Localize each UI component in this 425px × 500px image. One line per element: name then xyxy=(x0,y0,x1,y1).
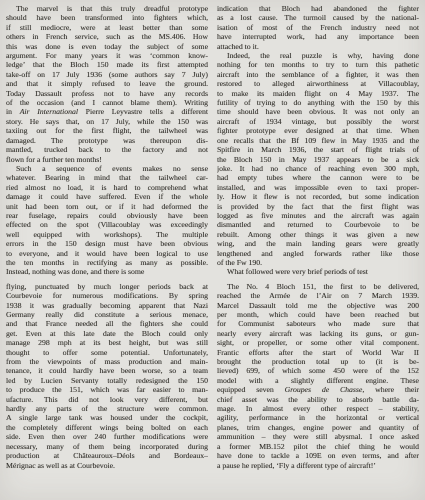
text-segment: futility of trying to do anything with t… xyxy=(217,98,419,107)
text-line: Marcel Dassault told me the objective wa… xyxy=(217,301,419,310)
text-segment: damage it could have suffered. Even if t… xyxy=(6,192,208,201)
text-line: Spitfire in March 1936, the start of fli… xyxy=(217,145,419,154)
text-segment: is provided by the fact that the first f… xyxy=(217,202,419,211)
text-segment: time should have been obvious. It was no… xyxy=(217,107,419,116)
text-line: agility, performance in the horizontal o… xyxy=(217,413,419,422)
text-line: planes, trim changes, engine power and q… xyxy=(217,423,419,432)
text-segment: of the Fw 190. xyxy=(217,258,262,267)
text-line: well equipped with workshops). The multi… xyxy=(6,230,208,239)
text-line: A single large tank was housed under the… xyxy=(6,413,208,422)
text-line: one recalls that the Bf 109 flew in May … xyxy=(217,136,419,145)
text-line: manage 298 mph at its best height, but w… xyxy=(6,338,208,347)
text-segment: hardly any parts of the structure were c… xyxy=(6,404,208,413)
text-segment: taxiing out for the first flight, the ta… xyxy=(6,126,208,135)
text-line: a former MB.152 pilot the chief thing he… xyxy=(217,442,419,451)
italic-text: Air International xyxy=(20,107,78,116)
text-line: Indeed, the real puzzle is why, having d… xyxy=(217,51,419,60)
text-line: and that it simply refused to leave the … xyxy=(6,79,208,88)
text-line: production at Châteauroux–Déols and Bord… xyxy=(6,451,208,460)
text-segment: Courbevoie for numerous modifications. B… xyxy=(6,291,208,300)
text-segment: The marvel is that this truly dreadful p… xyxy=(16,4,208,13)
text-segment: as a lost cause. The turmoil caused by t… xyxy=(217,13,419,22)
text-line: this was done is even today the subject … xyxy=(6,42,208,51)
text-segment: equipped seven xyxy=(217,385,285,394)
text-segment: effected on the spot (Villacoublay was e… xyxy=(6,220,208,229)
text-line: logged as five minutes and the aircraft … xyxy=(217,211,419,220)
text-segment: have interrupted work, had any importanc… xyxy=(217,32,419,41)
text-line: of the Fw 190. xyxy=(217,258,419,267)
text-segment: Germany really did constitute a serious … xyxy=(6,310,208,319)
text-line: have interrupted work, had any importanc… xyxy=(217,32,419,41)
text-segment: mantled, trucked back to the factory and… xyxy=(6,145,208,154)
text-line: thought to offer some potential. Unfortu… xyxy=(6,348,208,357)
text-line: from the viewpoints of mass production a… xyxy=(6,357,208,366)
text-segment: per month, which could have been reached… xyxy=(217,310,419,319)
text-line: ledge’ that the Bloch 150 made its first… xyxy=(6,60,208,69)
text-segment: logged as five minutes and the aircraft … xyxy=(217,211,419,220)
text-line: per month, which could have been reached… xyxy=(217,310,419,319)
text-segment: to make its maiden flight on 4 May 1937.… xyxy=(217,89,419,98)
text-segment: planes, trim changes, engine power and q… xyxy=(217,423,419,432)
text-segment: ufacture. This did not look very differe… xyxy=(6,395,208,404)
text-line: restored to alleged airworthiness at Vil… xyxy=(217,79,419,88)
text-line: The No. 4 Bloch 151, the first to be del… xyxy=(217,282,419,291)
text-line: story. He says that, on 17 July, while t… xyxy=(6,117,208,126)
text-line: lengthened and angled forwards rather li… xyxy=(217,249,419,258)
text-segment: the Bloch 150 in May 1937 appears to be … xyxy=(217,155,419,164)
text-segment: brought the production total up to (it i… xyxy=(217,357,419,366)
text-segment: joke. It had no chance of reaching even … xyxy=(217,164,419,173)
text-line: brought the production total up to (it i… xyxy=(217,357,419,366)
text-line: indication that Bloch had abandoned the … xyxy=(217,4,419,13)
text-line: damaged. The prototype was thereupon dis… xyxy=(6,136,208,145)
text-line: reached the Armée de l’Air on 7 March 19… xyxy=(217,291,419,300)
paragraph: Indeed, the real puzzle is why, having d… xyxy=(217,51,419,267)
text-line: flown for a further ten months! xyxy=(6,155,208,164)
text-segment: thought to offer some potential. Unfortu… xyxy=(6,348,208,357)
text-line: flying, punctuated by much longer period… xyxy=(6,282,208,291)
text-segment: Marcel Dassault told me the objective wa… xyxy=(217,301,419,310)
text-segment: nearly every aircraft was lacking its gu… xyxy=(217,329,419,338)
text-segment: agility, performance in the horizontal o… xyxy=(217,413,419,422)
text-segment: led by Lucien Servanty totally redesigne… xyxy=(6,376,208,385)
text-segment: wing, and the main landing gears were gr… xyxy=(217,239,419,248)
text-segment: whatever. Bearing in mind that the tailw… xyxy=(6,173,208,182)
text-segment: restored to alleged airworthiness at Vil… xyxy=(217,79,419,88)
text-segment: fighter prototype ever designed at that … xyxy=(217,126,419,135)
text-segment: from the viewpoints of mass production a… xyxy=(6,357,208,366)
text-line: a pause he replied, ‘Fly a different typ… xyxy=(217,461,419,470)
text-line: should have been transformed into fighte… xyxy=(6,13,208,22)
text-segment: the completely different wings being bol… xyxy=(6,423,208,432)
text-segment: Instead, nothing was done, and there is … xyxy=(6,267,144,276)
text-line: the completely different wings being bol… xyxy=(6,423,208,432)
document-page: The marvel is that this truly dreadful p… xyxy=(0,0,425,500)
text-line: Frantic efforts after the start of World… xyxy=(217,348,419,357)
text-segment: Pierre Leyvastre tells a different xyxy=(78,107,208,116)
text-line: had empty tubes where the cannon were to… xyxy=(217,173,419,182)
text-segment: production at Châteauroux–Déols and Bord… xyxy=(6,451,208,460)
text-segment: sight, or propeller, or some other vital… xyxy=(217,338,419,347)
text-line: dismantled and returned to Courbevoie to… xyxy=(217,220,419,229)
text-line: wing, and the main landing gears were gr… xyxy=(217,239,419,248)
text-line: and that France needed all the fighters … xyxy=(6,319,208,328)
paragraph: What followed were very brief periods of… xyxy=(217,267,419,276)
text-segment: , where their xyxy=(362,385,419,394)
text-segment: flying, punctuated by much longer period… xyxy=(6,282,208,291)
text-line: effected on the spot (Villacoublay was e… xyxy=(6,220,208,229)
text-segment: indication that Bloch had abandoned the … xyxy=(217,4,419,13)
text-line: unit had been torn out, or if it had def… xyxy=(6,202,208,211)
text-line: taxiing out for the first flight, the ta… xyxy=(6,126,208,135)
text-line: model with a slightly different engine. … xyxy=(217,376,419,385)
text-line: What followed were very brief periods of… xyxy=(217,267,419,276)
text-segment: a former MB.152 pilot the chief thing he… xyxy=(217,442,419,451)
text-segment: a pause he replied, ‘Fly a different typ… xyxy=(217,461,376,470)
text-line: The marvel is that this truly dreadful p… xyxy=(6,4,208,13)
text-line: 1938 it was gradually becoming apparent … xyxy=(6,301,208,310)
text-segment: nothing for ten months to try to turn th… xyxy=(217,60,419,69)
text-segment: should have been transformed into fighte… xyxy=(6,13,208,22)
text-line: as a lost cause. The turmoil caused by t… xyxy=(217,13,419,22)
text-segment: and that it simply refused to leave the … xyxy=(6,79,208,88)
text-segment: ried almost no load, it is hard to compr… xyxy=(6,183,208,192)
text-segment: to everyone, and it would have been logi… xyxy=(6,249,208,258)
paragraph: indication that Bloch had abandoned the … xyxy=(217,4,419,51)
text-line: is provided by the fact that the first f… xyxy=(217,202,419,211)
text-line: of the occasion (and I cannot blame them… xyxy=(6,98,208,107)
text-segment: lieved) 699, of which some 450 were of t… xyxy=(217,366,419,375)
text-line: led by Lucien Servanty totally redesigne… xyxy=(6,376,208,385)
text-line: futility of trying to do anything with t… xyxy=(217,98,419,107)
text-segment: dismantled and returned to Courbevoie to… xyxy=(217,220,419,229)
text-column-left: The marvel is that this truly dreadful p… xyxy=(6,4,208,500)
text-segment: lengthened and angled forwards rather li… xyxy=(217,249,419,258)
text-segment: aircraft of 1934 vintage, but possibly t… xyxy=(217,117,419,126)
text-line: others in French service, such as the MS… xyxy=(6,32,208,41)
text-segment: others in French service, such as the MS… xyxy=(6,32,208,41)
text-segment: rebuilt. Among other things it was given… xyxy=(217,230,419,239)
text-line: argument. For many years it was ‘common … xyxy=(6,51,208,60)
text-segment: The No. 4 Bloch 151, the first to be del… xyxy=(227,282,419,291)
text-segment: Today Dassault profess not to have any r… xyxy=(6,89,208,98)
text-line: if still mediocre, were at least better … xyxy=(6,23,208,32)
text-line: mantled, trucked back to the factory and… xyxy=(6,145,208,154)
text-segment: if still mediocre, were at least better … xyxy=(6,23,208,32)
text-segment: Mérignac as well as at Courbevoie. xyxy=(6,461,115,470)
text-segment: reached the Armée de l’Air on 7 March 19… xyxy=(217,291,419,300)
text-line: the ten months in rectifying as many as … xyxy=(6,258,208,267)
text-segment: take-off on 17 July 1936 (some authors s… xyxy=(6,70,208,79)
text-segment: necessary, many of them being incorporat… xyxy=(6,442,208,451)
text-segment: ammunition – they were still abysmal. I … xyxy=(217,432,419,441)
text-segment: ledge’ that the Bloch 150 made its first… xyxy=(6,60,208,69)
text-segment: well equipped with workshops). The multi… xyxy=(6,230,208,239)
paragraph: The No. 4 Bloch 151, the first to be del… xyxy=(217,282,419,470)
text-line: time should have been obvious. It was no… xyxy=(217,107,419,116)
text-line: whatever. Bearing in mind that the tailw… xyxy=(6,173,208,182)
text-segment: unit had been torn out, or if it had def… xyxy=(6,202,208,211)
text-line: fighter prototype ever designed at that … xyxy=(217,126,419,135)
paragraph: Such a sequence of events makes no sense… xyxy=(6,164,208,277)
text-line: to make its maiden flight on 4 May 1937.… xyxy=(217,89,419,98)
text-line: aircraft of 1934 vintage, but possibly t… xyxy=(217,117,419,126)
text-segment: Indeed, the real puzzle is why, having d… xyxy=(227,51,419,60)
text-segment: Frantic efforts after the start of World… xyxy=(217,348,419,357)
text-line: nothing for ten months to try to turn th… xyxy=(217,60,419,69)
text-segment: errors in the 150 design must have been … xyxy=(6,239,208,248)
text-line: ammunition – they were still abysmal. I … xyxy=(217,432,419,441)
text-segment: have done to tackle a 109E on even terms… xyxy=(217,451,419,460)
text-line: the Bloch 150 in May 1937 appears to be … xyxy=(217,155,419,164)
text-segment: get. Even at this late date the Bloch co… xyxy=(6,329,208,338)
text-segment: side. Even then over 240 further modific… xyxy=(6,432,208,441)
text-segment: to produce the 151, which was far easier… xyxy=(6,385,208,394)
text-segment: and that France needed all the fighters … xyxy=(6,319,208,328)
text-segment: Spitfire in March 1936, the start of fli… xyxy=(217,145,419,154)
text-line: necessary, many of them being incorporat… xyxy=(6,442,208,451)
text-line: Mérignac as well as at Courbevoie. xyxy=(6,461,208,470)
text-line: for Communist saboteurs who made sure th… xyxy=(217,319,419,328)
text-line: hardly any parts of the structure were c… xyxy=(6,404,208,413)
text-segment: rear fuselage, repairs could obviously h… xyxy=(6,211,208,220)
text-line: Today Dassault profess not to have any r… xyxy=(6,89,208,98)
text-line: chief asset was the ability to absorb ba… xyxy=(217,395,419,404)
text-segment: chief asset was the ability to absorb ba… xyxy=(217,395,419,404)
paragraph: flying, punctuated by much longer period… xyxy=(6,282,208,470)
text-segment: What followed were very brief periods of… xyxy=(227,267,368,276)
text-segment: of the occasion (and I cannot blame them… xyxy=(6,98,208,107)
text-line: nearly every aircraft was lacking its gu… xyxy=(217,329,419,338)
text-segment: attached to it. xyxy=(217,42,259,51)
text-segment: isation of most of the French industry n… xyxy=(217,23,419,32)
text-segment: the ten months in rectifying as many as … xyxy=(6,258,208,267)
text-line: have done to tackle a 109E on even terms… xyxy=(217,451,419,460)
text-segment: flown for a further ten months! xyxy=(6,155,102,164)
text-segment: ly. How it flew is not recorded, but som… xyxy=(217,192,419,201)
text-line: Instead, nothing was done, and there is … xyxy=(6,267,208,276)
text-line: take-off on 17 July 1936 (some authors s… xyxy=(6,70,208,79)
text-line: damage it could have suffered. Even if t… xyxy=(6,192,208,201)
text-line: Such a sequence of events makes no sense xyxy=(6,164,208,173)
text-line: errors in the 150 design must have been … xyxy=(6,239,208,248)
text-line: installed, and was impossible even to ta… xyxy=(217,183,419,192)
text-segment: in xyxy=(6,107,20,116)
text-segment: installed, and was impossible even to ta… xyxy=(217,183,419,192)
text-line: ly. How it flew is not recorded, but som… xyxy=(217,192,419,201)
text-line: sight, or propeller, or some other vital… xyxy=(217,338,419,347)
italic-text: Groupes de Chasse xyxy=(285,385,363,394)
text-segment: had empty tubes where the cannon were to… xyxy=(217,173,419,182)
text-line: get. Even at this late date the Bloch co… xyxy=(6,329,208,338)
text-line: attached to it. xyxy=(217,42,419,51)
text-segment: argument. For many years it was ‘common … xyxy=(6,51,208,60)
text-line: tenance, it could hardly have been worse… xyxy=(6,366,208,375)
text-segment: one recalls that the Bf 109 flew in May … xyxy=(217,136,419,145)
text-line: in Air International Pierre Leyvastre te… xyxy=(6,107,208,116)
paragraph: The marvel is that this truly dreadful p… xyxy=(6,4,208,164)
text-line: Courbevoie for numerous modifications. B… xyxy=(6,291,208,300)
text-segment: mage. In almost every other respect – st… xyxy=(217,404,419,413)
text-line: ried almost no load, it is hard to compr… xyxy=(6,183,208,192)
text-line: lieved) 699, of which some 450 were of t… xyxy=(217,366,419,375)
text-line: rebuilt. Among other things it was given… xyxy=(217,230,419,239)
text-line: equipped seven Groupes de Chasse, where … xyxy=(217,385,419,394)
text-segment: model with a slightly different engine. … xyxy=(217,376,419,385)
text-column-right: indication that Bloch had abandoned the … xyxy=(217,4,419,500)
text-line: ufacture. This did not look very differe… xyxy=(6,395,208,404)
text-segment: damaged. The prototype was thereupon dis… xyxy=(6,136,208,145)
text-line: Germany really did constitute a serious … xyxy=(6,310,208,319)
text-segment: for Communist saboteurs who made sure th… xyxy=(217,319,419,328)
text-line: mage. In almost every other respect – st… xyxy=(217,404,419,413)
text-line: to produce the 151, which was far easier… xyxy=(6,385,208,394)
text-line: to everyone, and it would have been logi… xyxy=(6,249,208,258)
text-line: side. Even then over 240 further modific… xyxy=(6,432,208,441)
text-segment: 1938 it was gradually becoming apparent … xyxy=(6,301,208,310)
text-segment: Such a sequence of events makes no sense xyxy=(16,164,208,173)
text-segment: story. He says that, on 17 July, while t… xyxy=(6,117,208,126)
text-line: isation of most of the French industry n… xyxy=(217,23,419,32)
text-segment: manage 298 mph at its best height, but w… xyxy=(6,338,208,347)
text-line: joke. It had no chance of reaching even … xyxy=(217,164,419,173)
text-segment: aircraft into the semblance of a fighter… xyxy=(217,70,419,79)
text-segment: A single large tank was housed under the… xyxy=(6,413,208,422)
text-line: aircraft into the semblance of a fighter… xyxy=(217,70,419,79)
text-line: rear fuselage, repairs could obviously h… xyxy=(6,211,208,220)
text-segment: tenance, it could hardly have been worse… xyxy=(6,366,208,375)
text-segment: this was done is even today the subject … xyxy=(6,42,208,51)
